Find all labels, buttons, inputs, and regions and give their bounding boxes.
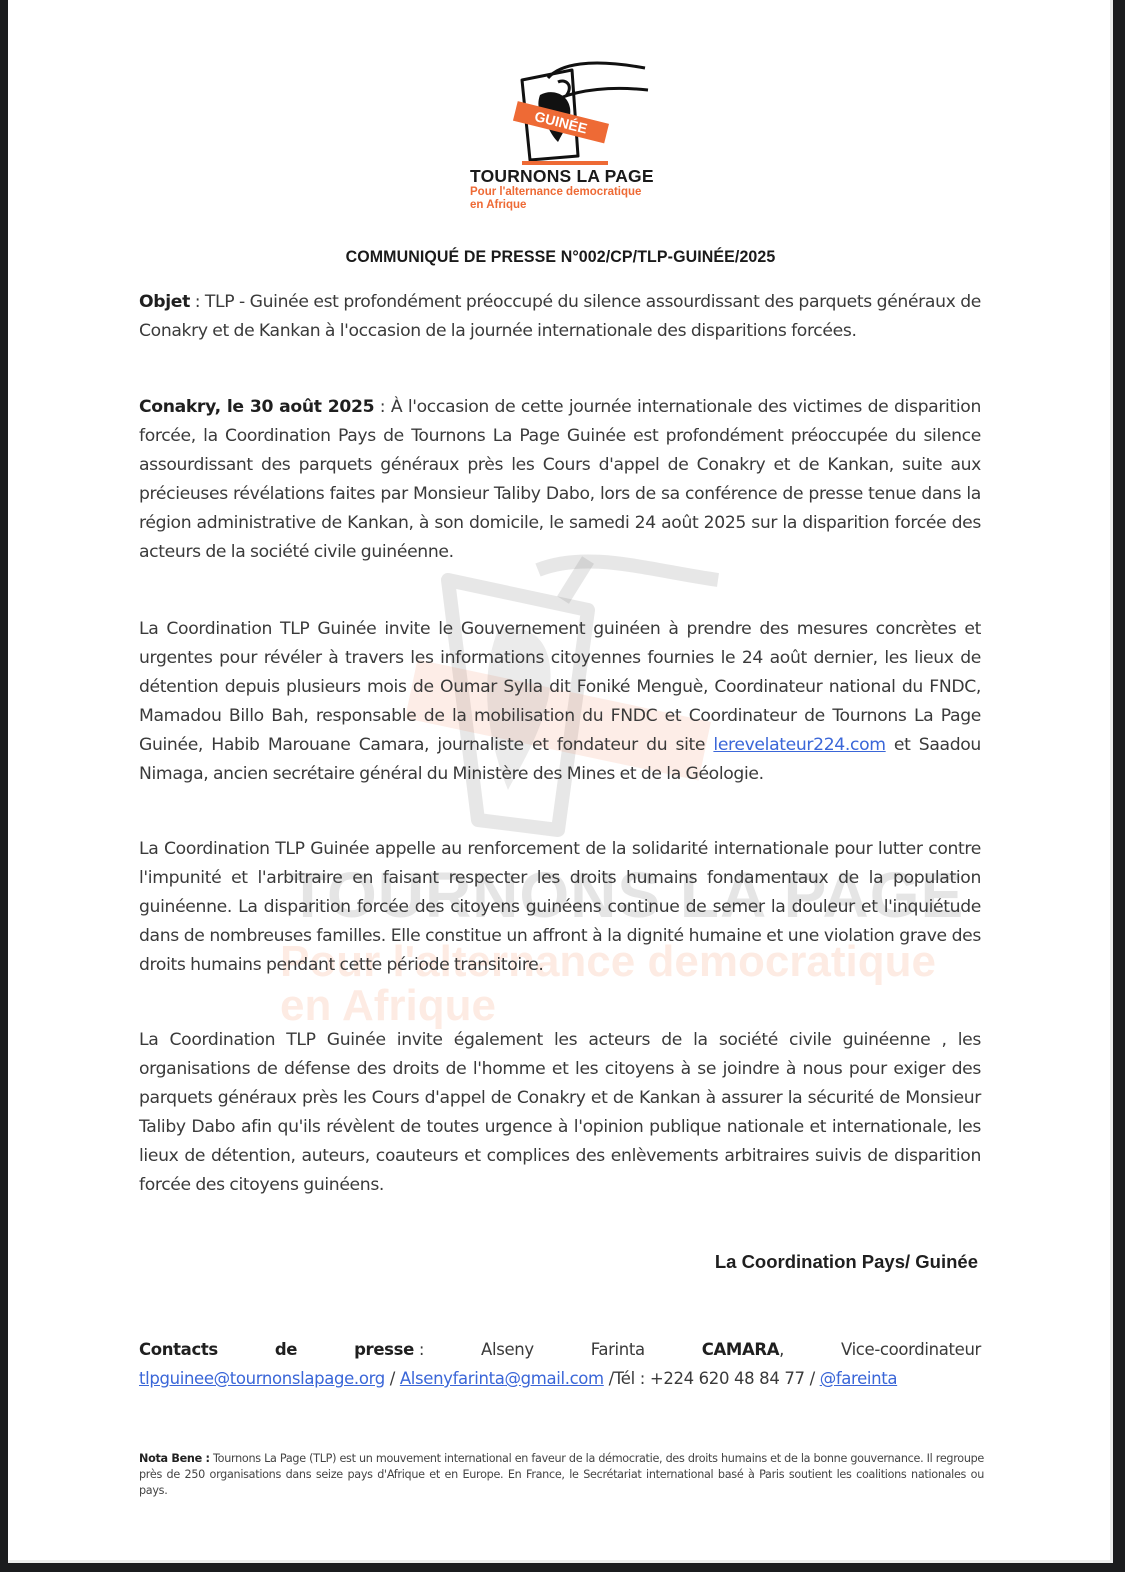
contact-middle-name: Farinta	[591, 1335, 645, 1364]
separator: /	[385, 1369, 400, 1388]
contact-last-name-text: CAMARA	[702, 1340, 779, 1359]
contact-first-name: Alseny	[481, 1335, 534, 1364]
logo-subtitle-line2: en Afrique	[470, 199, 641, 212]
contacts-label-word: de	[275, 1335, 297, 1364]
contact-role: Vice-coordinateur	[841, 1335, 981, 1364]
tlp-logo: GUINÉE TOURNONS LA PAGE Pour l'alternanc…	[460, 60, 690, 220]
paragraph-solidarity: La Coordination TLP Guinée appelle au re…	[139, 835, 981, 980]
logo-subtitle-line1: Pour l'alternance democratique	[470, 186, 641, 199]
contacts-label-word: Contacts	[139, 1335, 218, 1364]
contacts-label-word: presse	[354, 1340, 414, 1359]
social-handle-link[interactable]: @fareinta	[820, 1369, 897, 1388]
paragraph-intro: Conakry, le 30 août 2025 : À l'occasion …	[139, 393, 981, 567]
nota-bene-label: Nota Bene :	[139, 1452, 210, 1465]
press-release-title: COMMUNIQUÉ DE PRESSE N°002/CP/TLP-GUINÉE…	[41, 247, 1080, 267]
watermark-subtitle-line2: en Afrique	[280, 984, 936, 1028]
phone-number: /Tél : +224 620 48 84 77 /	[604, 1369, 820, 1388]
signature: La Coordination Pays/ Guinée	[715, 1251, 978, 1273]
contacts-label-end: presse :	[354, 1335, 424, 1364]
email-link-personal[interactable]: Alsenyfarinta@gmail.com	[400, 1369, 604, 1388]
contact-last-name: CAMARA,	[702, 1335, 784, 1364]
website-link[interactable]: lerevelateur224.com	[713, 735, 885, 755]
paragraph-government-call: La Coordination TLP Guinée invite le Gou…	[139, 615, 981, 789]
logo-title: TOURNONS LA PAGE	[470, 166, 654, 187]
contacts-line-2: tlpguinee@tournonslapage.org / Alsenyfar…	[139, 1364, 981, 1393]
paragraph-civil-society: La Coordination TLP Guinée invite égalem…	[139, 1026, 981, 1200]
objet-label: Objet	[139, 292, 190, 312]
objet-text: : TLP - Guinée est profondément préoccup…	[139, 292, 981, 341]
objet-paragraph: Objet : TLP - Guinée est profondément pr…	[139, 288, 981, 346]
press-contacts: Contacts de presse : Alseny Farinta CAMA…	[139, 1335, 981, 1393]
contacts-line: Contacts de presse : Alseny Farinta CAMA…	[139, 1335, 981, 1364]
logo-subtitle: Pour l'alternance democratique en Afriqu…	[470, 186, 641, 212]
nota-bene: Nota Bene : Tournons La Page (TLP) est u…	[139, 1451, 984, 1499]
contacts-colon: :	[419, 1340, 424, 1359]
contact-comma: ,	[779, 1340, 784, 1359]
email-link-tlp[interactable]: tlpguinee@tournonslapage.org	[139, 1369, 385, 1388]
document-page: TOURNONS LA PAGE Pour l'alternance democ…	[8, 0, 1113, 1563]
dateline: Conakry, le 30 août 2025	[139, 397, 374, 417]
ballot-box-hand-icon: GUINÉE	[500, 60, 650, 165]
nota-bene-text: Tournons La Page (TLP) est un mouvement …	[139, 1452, 984, 1497]
paragraph-text: : À l'occasion de cette journée internat…	[139, 397, 981, 562]
